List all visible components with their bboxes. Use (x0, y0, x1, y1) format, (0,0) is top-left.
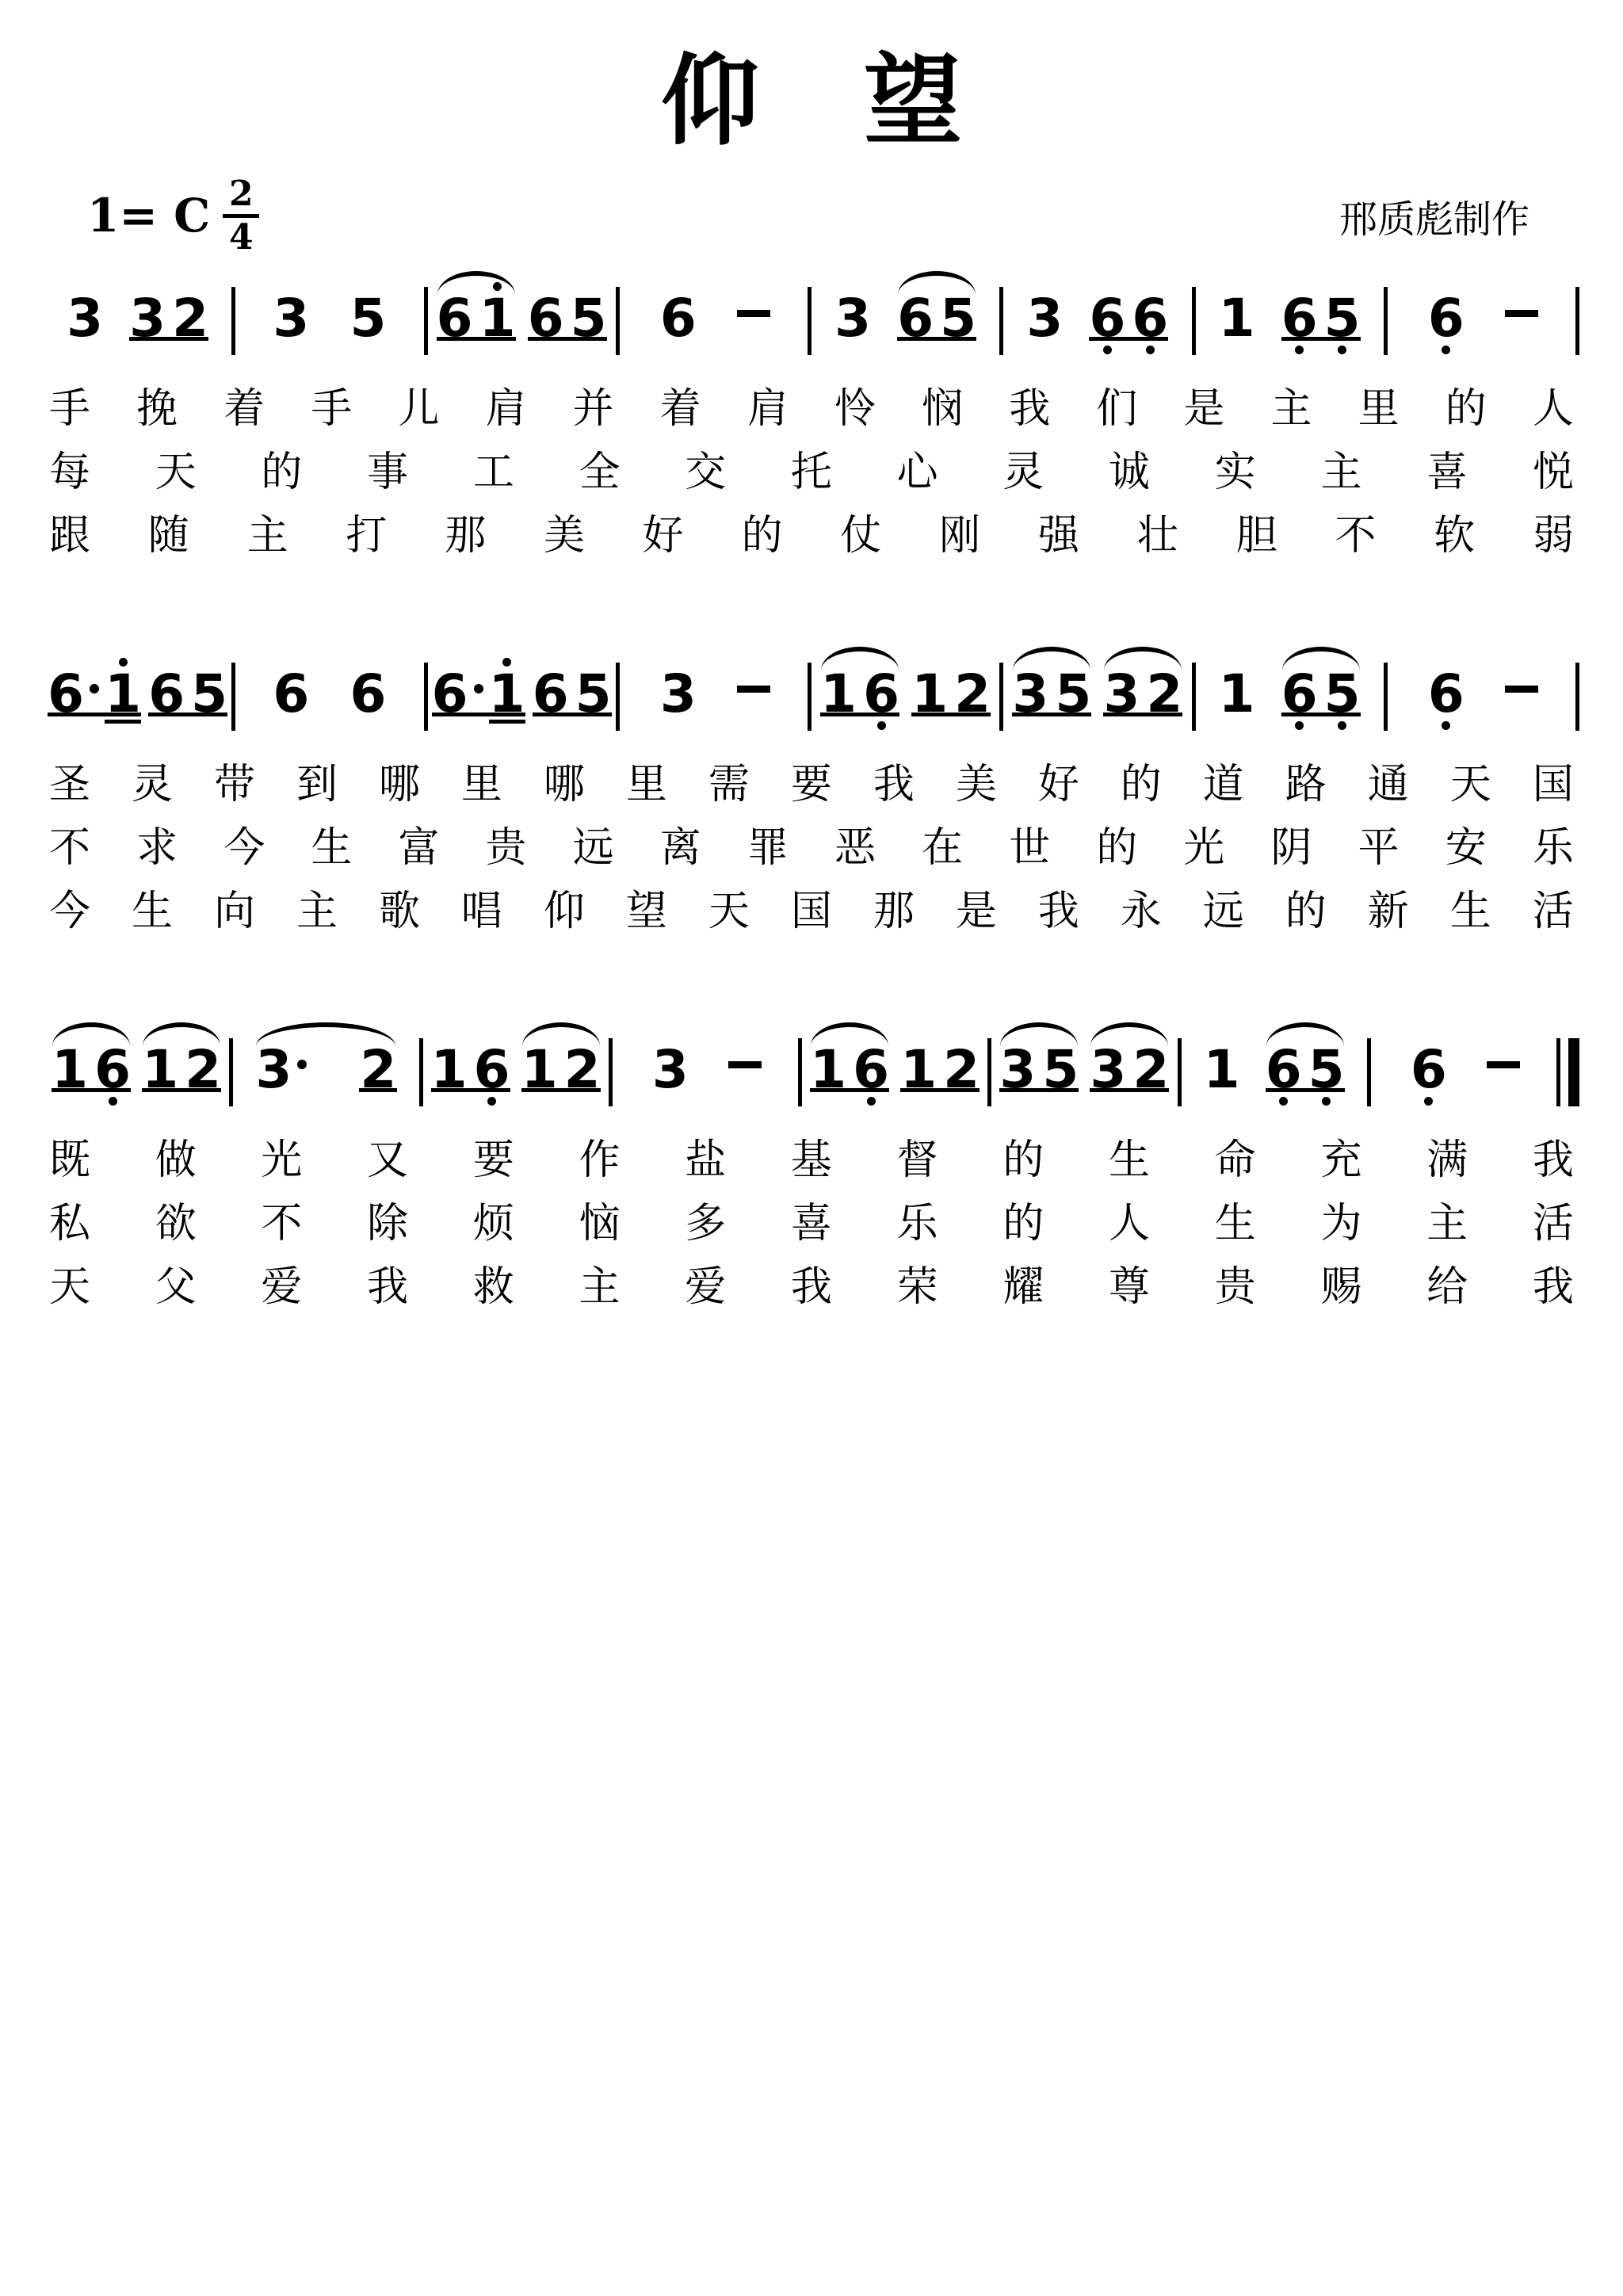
system-3: 16123216123161235321656 既做光又要作盐基督的生命充满我私… (0, 1030, 1623, 1311)
note-group (1505, 655, 1538, 693)
measure: 3532 (1003, 655, 1191, 731)
lyric-syllable: 又 (367, 1137, 408, 1184)
lyric-syllable: 事 (367, 449, 408, 496)
note-group: 65 (145, 655, 231, 731)
lyric-syllable: 们 (1096, 385, 1137, 433)
measure: 6 (1388, 655, 1575, 731)
note-group: 65 (1278, 655, 1364, 731)
note: 6 (429, 655, 472, 731)
lyric-syllable: 给 (1426, 1263, 1468, 1311)
octave-dot-low (1295, 346, 1304, 354)
lyric-syllable: 生 (311, 824, 352, 872)
note-group: 6 (1425, 279, 1468, 355)
octave-dot-low (1146, 346, 1155, 354)
note-group: 12 (908, 655, 994, 731)
lyric-syllable: 那 (873, 888, 915, 935)
lyric-syllable: 唱 (461, 888, 502, 935)
lyric-syllable: 手 (311, 385, 352, 433)
note-group: 3 (1023, 279, 1066, 355)
measure: 6165 (428, 655, 616, 731)
lyric-line: 不求今生富贵远离罪恶在世的光阴平安乐 (0, 824, 1623, 872)
note: 6 (1128, 279, 1171, 355)
octave-dot-low (1279, 1097, 1288, 1106)
measure: 165 (1196, 279, 1384, 355)
lyric-syllable: 离 (660, 824, 701, 872)
note-group: 65 (1278, 279, 1364, 355)
measure: 3 (613, 1030, 798, 1106)
note: 6 (44, 655, 87, 731)
lyric-syllable: 歌 (379, 888, 420, 935)
note: 2 (1143, 655, 1186, 731)
note-group: 16 (48, 1030, 134, 1106)
lyric-syllable: 乐 (1533, 824, 1574, 872)
lyric-syllable: 手 (49, 385, 90, 433)
lyric-syllable: 求 (136, 824, 178, 872)
note-group: 1 (1216, 655, 1258, 731)
final-barline (1556, 1038, 1579, 1106)
lyric-syllable: 远 (573, 824, 614, 872)
note: 6 (1262, 1030, 1305, 1106)
measure: 366 (1003, 279, 1191, 355)
music-line-1: 33235616563653661656 (0, 279, 1623, 374)
lyric-syllable: 的 (1002, 1137, 1044, 1184)
lyric-syllable: 天 (1450, 761, 1491, 808)
note: 1 (807, 1030, 850, 1106)
note-group: 61 (433, 279, 519, 355)
lyric-syllable: 需 (708, 761, 750, 808)
lyrics-block-1: 手挽着手儿肩并着肩怜悯我们是主里的人每天的事工全交托心灵诚实主喜悦跟随主打那美好… (0, 385, 1623, 560)
lyric-syllable: 主 (296, 888, 338, 935)
measure: 365 (811, 279, 999, 355)
note-group: 32 (1086, 1030, 1172, 1106)
octave-dot-low (1442, 721, 1450, 730)
meter-denominator: 4 (229, 220, 254, 255)
note-group: 3 (649, 1030, 692, 1106)
note-group: 6 (1425, 655, 1468, 731)
note: 3 (1086, 1030, 1129, 1106)
note: 5 (1039, 1030, 1082, 1106)
lyric-syllable: 强 (1038, 512, 1079, 560)
lyric-syllable: 荣 (897, 1263, 938, 1311)
lyric-syllable: 的 (1096, 824, 1137, 872)
measure: 35 (235, 279, 423, 355)
lyric-syllable: 平 (1358, 824, 1400, 872)
lyric-syllable: 不 (49, 824, 90, 872)
note: 1 (48, 1030, 91, 1106)
lyric-syllable: 国 (791, 888, 832, 935)
octave-dot-low (487, 1097, 496, 1106)
note: 2 (940, 1030, 983, 1106)
title-char-1: 仰 (661, 49, 759, 154)
lyric-syllable: 不 (261, 1200, 302, 1247)
lyric-syllable: 那 (445, 512, 486, 560)
lyric-syllable: 私 (49, 1200, 90, 1247)
lyric-syllable: 哪 (379, 761, 420, 808)
lyric-syllable: 随 (148, 512, 189, 560)
note: 5 (346, 279, 389, 355)
note: 1 (139, 1030, 181, 1106)
lyric-syllable: 为 (1320, 1200, 1361, 1247)
note-group: 66 (1086, 279, 1171, 355)
note: 6 (433, 279, 476, 355)
lyric-syllable: 世 (1009, 824, 1050, 872)
lyric-syllable: 着 (223, 385, 265, 433)
note: 6 (91, 1030, 134, 1106)
note-group: 32 (252, 1030, 399, 1106)
note-group: 65 (529, 655, 615, 731)
note: 3 (831, 279, 874, 355)
note-group: 35 (1009, 655, 1094, 731)
note: 5 (1321, 655, 1364, 731)
lyric-syllable: 跟 (49, 512, 90, 560)
extension-dash (728, 1061, 762, 1068)
measure: 3532 (991, 1030, 1177, 1106)
note: 2 (181, 1030, 224, 1106)
lyric-syllable: 肩 (486, 385, 527, 433)
note: 1 (476, 279, 519, 355)
lyric-syllable: 主 (1426, 1200, 1468, 1247)
note: 3 (63, 279, 106, 355)
lyric-syllable: 灵 (132, 761, 173, 808)
measure: 3 (620, 655, 808, 731)
lyric-line: 既做光又要作盐基督的生命充满我 (0, 1137, 1623, 1184)
lyric-syllable: 托 (791, 449, 832, 496)
note: 6 (894, 279, 937, 355)
note-group: 61 (44, 655, 144, 731)
lyric-syllable: 永 (1121, 888, 1162, 935)
note: 6 (529, 655, 572, 731)
note-group (1505, 279, 1538, 317)
lyric-syllable: 路 (1285, 761, 1327, 808)
lyric-syllable: 今 (49, 888, 90, 935)
note-group: 3 (657, 655, 700, 731)
octave-dot-low (1322, 1097, 1331, 1106)
lyric-syllable: 我 (367, 1263, 408, 1311)
lyric-syllable: 灵 (1002, 449, 1044, 496)
note: 6 (269, 655, 312, 731)
lyric-syllable: 天 (49, 1263, 90, 1311)
lyric-syllable: 仰 (544, 888, 585, 935)
note-group: 32 (1100, 655, 1186, 731)
lyric-syllable: 的 (1285, 888, 1327, 935)
lyric-syllable: 儿 (398, 385, 439, 433)
lyric-syllable: 心 (897, 449, 938, 496)
lyric-syllable: 富 (398, 824, 439, 872)
lyric-syllable: 人 (1109, 1200, 1150, 1247)
note: 6 (145, 655, 188, 731)
lyric-line: 手挽着手儿肩并着肩怜悯我们是主里的人 (0, 385, 1623, 433)
octave-dot-low (1338, 346, 1346, 354)
lyrics-block-2: 圣灵带到哪里哪里需要我美好的道路通天国不求今生富贵远离罪恶在世的光阴平安乐今生向… (0, 761, 1623, 935)
note-group: 1 (1216, 279, 1258, 355)
lyric-syllable: 我 (1038, 888, 1079, 935)
note: 1 (1216, 655, 1258, 731)
note-group: 16 (428, 1030, 514, 1106)
augmentation-dot (297, 1060, 307, 1069)
lyric-syllable: 要 (791, 761, 832, 808)
note: 6 (525, 279, 567, 355)
lyric-line: 每天的事工全交托心灵诚实主喜悦 (0, 449, 1623, 496)
octave-dot-high (493, 282, 502, 291)
measure: 6 (1388, 279, 1575, 355)
lyrics-block-3: 既做光又要作盐基督的生命充满我私欲不除烦恼多喜乐的人生为主活天父爱我救主爱我荣耀… (0, 1137, 1623, 1311)
lyric-syllable: 天 (155, 449, 197, 496)
lyric-syllable: 恶 (834, 824, 876, 872)
time-signature: 2 4 (223, 177, 259, 255)
octave-dot-low (109, 1097, 117, 1106)
note-group: 6 (1407, 1030, 1450, 1106)
lyric-syllable: 多 (685, 1200, 726, 1247)
note: 3 (1009, 655, 1052, 731)
note: 5 (188, 655, 231, 731)
lyric-syllable: 刚 (939, 512, 980, 560)
note-group: 5 (346, 279, 389, 355)
lyric-syllable: 的 (1121, 761, 1162, 808)
lyric-syllable: 悦 (1533, 449, 1574, 496)
measure: 1612 (44, 1030, 229, 1106)
lyric-syllable: 主 (247, 512, 288, 560)
lyric-syllable: 的 (742, 512, 783, 560)
lyric-syllable: 的 (261, 449, 302, 496)
lyric-syllable: 贵 (486, 824, 527, 872)
lyric-syllable: 要 (473, 1137, 514, 1184)
note-group: 16 (807, 1030, 892, 1106)
lyric-syllable: 喜 (1426, 449, 1468, 496)
lyric-syllable: 贵 (1215, 1263, 1256, 1311)
note: 2 (169, 279, 212, 355)
lyric-syllable: 我 (873, 761, 915, 808)
key-signature: 1= C 2 4 (87, 177, 259, 255)
note: 2 (357, 1030, 399, 1106)
lyric-syllable: 通 (1368, 761, 1409, 808)
extension-dash (1487, 1061, 1520, 1068)
lyric-syllable: 诚 (1109, 449, 1150, 496)
note: 3 (1023, 279, 1066, 355)
extension-dash (737, 686, 770, 693)
lyric-syllable: 生 (132, 888, 173, 935)
lyric-syllable: 生 (1109, 1137, 1150, 1184)
note: 1 (101, 655, 144, 731)
octave-dot-low (1338, 721, 1346, 730)
note-group: 12 (139, 1030, 224, 1106)
note-group (728, 1030, 762, 1068)
octave-dot-high (119, 658, 128, 667)
lyric-syllable: 既 (49, 1137, 90, 1184)
note: 6 (1425, 279, 1468, 355)
octave-dot-low (867, 1097, 876, 1106)
measure: 165 (1182, 1030, 1367, 1106)
lyric-syllable: 壮 (1137, 512, 1178, 560)
measure: 165 (1196, 655, 1384, 731)
note-group: 6 (346, 655, 389, 731)
measure: 1612 (802, 1030, 987, 1106)
lyric-syllable: 活 (1533, 1200, 1574, 1247)
octave-dot-high (502, 658, 511, 667)
note: 3 (657, 655, 700, 731)
lyric-syllable: 挽 (136, 385, 178, 433)
note: 5 (1052, 655, 1094, 731)
lyric-syllable: 远 (1203, 888, 1244, 935)
lyric-syllable: 爱 (685, 1263, 726, 1311)
lyric-syllable: 哪 (544, 761, 585, 808)
lyric-syllable: 道 (1203, 761, 1244, 808)
note: 2 (951, 655, 994, 731)
note: 1 (897, 1030, 940, 1106)
note: 2 (561, 1030, 604, 1106)
note-group: 12 (518, 1030, 604, 1106)
lyric-syllable: 我 (1533, 1263, 1574, 1311)
octave-dot-low (877, 721, 886, 730)
beam-underline-double (105, 720, 141, 724)
note: 1 (486, 655, 529, 731)
lyric-syllable: 督 (897, 1137, 938, 1184)
lyric-line: 今生向主歌唱仰望天国那是我永远的新生活 (0, 888, 1623, 935)
note-group: 61 (429, 655, 529, 731)
note: 6 (657, 279, 700, 355)
note-group: 65 (894, 279, 980, 355)
lyric-syllable: 尊 (1109, 1263, 1150, 1311)
lyric-syllable: 烦 (473, 1200, 514, 1247)
lyric-syllable: 每 (49, 449, 90, 496)
beam-underline-double (489, 720, 525, 724)
note: 5 (572, 655, 615, 731)
lyric-syllable: 弱 (1533, 512, 1574, 560)
lyric-syllable: 阴 (1271, 824, 1312, 872)
measure: 6165 (428, 279, 616, 355)
measure: 6 (1371, 1030, 1556, 1106)
extension-dash (1505, 686, 1538, 693)
meter-numerator: 2 (229, 177, 254, 212)
measure: 66 (235, 655, 423, 731)
lyric-syllable: 我 (791, 1263, 832, 1311)
lyric-syllable: 光 (261, 1137, 302, 1184)
lyric-syllable: 美 (544, 512, 585, 560)
note: 3 (996, 1030, 1039, 1106)
lyric-syllable: 胆 (1236, 512, 1277, 560)
note: 3 (126, 279, 169, 355)
note-group (737, 655, 770, 693)
lyric-syllable: 是 (1183, 385, 1224, 433)
lyric-syllable: 着 (660, 385, 701, 433)
lyric-syllable: 我 (1009, 385, 1050, 433)
lyric-syllable: 在 (922, 824, 963, 872)
lyric-syllable: 爱 (261, 1263, 302, 1311)
music-line-3: 16123216123161235321656 (0, 1030, 1623, 1125)
lyric-syllable: 天 (708, 888, 750, 935)
barline (1575, 663, 1579, 731)
note: 6 (346, 655, 389, 731)
lyric-syllable: 不 (1335, 512, 1376, 560)
octave-dot-low (1295, 721, 1304, 730)
lyric-syllable: 里 (626, 761, 667, 808)
lyric-syllable: 到 (296, 761, 338, 808)
song-title: 仰 望 (0, 0, 1623, 154)
key-label: 1= C (87, 189, 210, 243)
lyric-syllable: 救 (473, 1263, 514, 1311)
final-barline-thick (1568, 1038, 1579, 1106)
lyric-syllable: 做 (155, 1137, 197, 1184)
meta-row: 1= C 2 4 邢质彪制作 (0, 176, 1623, 255)
note-group: 12 (897, 1030, 983, 1106)
lyric-syllable: 好 (1038, 761, 1079, 808)
note: 6 (860, 655, 903, 731)
lyric-syllable: 我 (1533, 1137, 1574, 1184)
augmentation-dot (90, 684, 99, 693)
notation-systems: 33235616563653661656 手挽着手儿肩并着肩怜悯我们是主里的人每… (0, 279, 1623, 1311)
note: 3 (649, 1030, 692, 1106)
lyric-syllable: 新 (1368, 888, 1409, 935)
lyric-syllable: 人 (1533, 385, 1574, 433)
lyric-syllable: 满 (1426, 1137, 1468, 1184)
lyric-syllable: 打 (346, 512, 387, 560)
note: 2 (1129, 1030, 1172, 1106)
barline (1575, 287, 1579, 355)
measure: 1612 (811, 655, 999, 731)
note-group: 3 (269, 279, 312, 355)
lyric-syllable: 耀 (1002, 1263, 1044, 1311)
note: 6 (1086, 279, 1128, 355)
lyric-syllable: 今 (223, 824, 265, 872)
note-group (737, 279, 770, 317)
lyric-syllable: 交 (685, 449, 726, 496)
note: 3 (252, 1030, 295, 1106)
lyric-syllable: 好 (643, 512, 684, 560)
note: 1 (908, 655, 951, 731)
lyric-syllable: 罪 (747, 824, 789, 872)
note: 5 (567, 279, 610, 355)
measure: 32 (233, 1030, 418, 1106)
note-group: 35 (996, 1030, 1082, 1106)
note: 5 (937, 279, 980, 355)
lyric-syllable: 活 (1533, 888, 1574, 935)
lyric-syllable: 美 (956, 761, 997, 808)
lyric-syllable: 盐 (685, 1137, 726, 1184)
note: 1 (428, 1030, 471, 1106)
lyric-syllable: 国 (1533, 761, 1574, 808)
octave-dot-low (1424, 1097, 1433, 1106)
final-barline-thin (1556, 1038, 1560, 1106)
note: 5 (1321, 279, 1364, 355)
note: 6 (1278, 279, 1321, 355)
beam-underline (359, 1088, 397, 1092)
augmentation-dot (474, 684, 483, 693)
system-2: 61656661653161235321656 圣灵带到哪里哪里需要我美好的道路… (0, 655, 1623, 935)
note: 1 (518, 1030, 561, 1106)
lyric-syllable: 赐 (1320, 1263, 1361, 1311)
lyric-syllable: 肩 (747, 385, 789, 433)
lyric-syllable: 实 (1215, 449, 1256, 496)
lyric-syllable: 带 (214, 761, 255, 808)
octave-dot-low (1442, 346, 1450, 354)
lyric-line: 天父爱我救主爱我荣耀尊贵赐给我 (0, 1263, 1623, 1311)
credit-text: 邢质彪制作 (1339, 189, 1529, 243)
lyric-syllable: 基 (791, 1137, 832, 1184)
lyric-syllable: 并 (573, 385, 614, 433)
note-group: 1 (1201, 1030, 1243, 1106)
lyric-line: 跟随主打那美好的仗刚强壮胆不软弱 (0, 512, 1623, 560)
note-group: 3 (63, 279, 106, 355)
lyric-syllable: 向 (214, 888, 255, 935)
measure: 1612 (423, 1030, 609, 1106)
lyric-syllable: 望 (626, 888, 667, 935)
note-group: 3 (831, 279, 874, 355)
measure: 6165 (44, 655, 231, 731)
lyric-syllable: 除 (367, 1200, 408, 1247)
note: 6 (1278, 655, 1321, 731)
measure: 6 (620, 279, 808, 355)
extension-dash (737, 310, 770, 317)
lyric-syllable: 悯 (922, 385, 963, 433)
